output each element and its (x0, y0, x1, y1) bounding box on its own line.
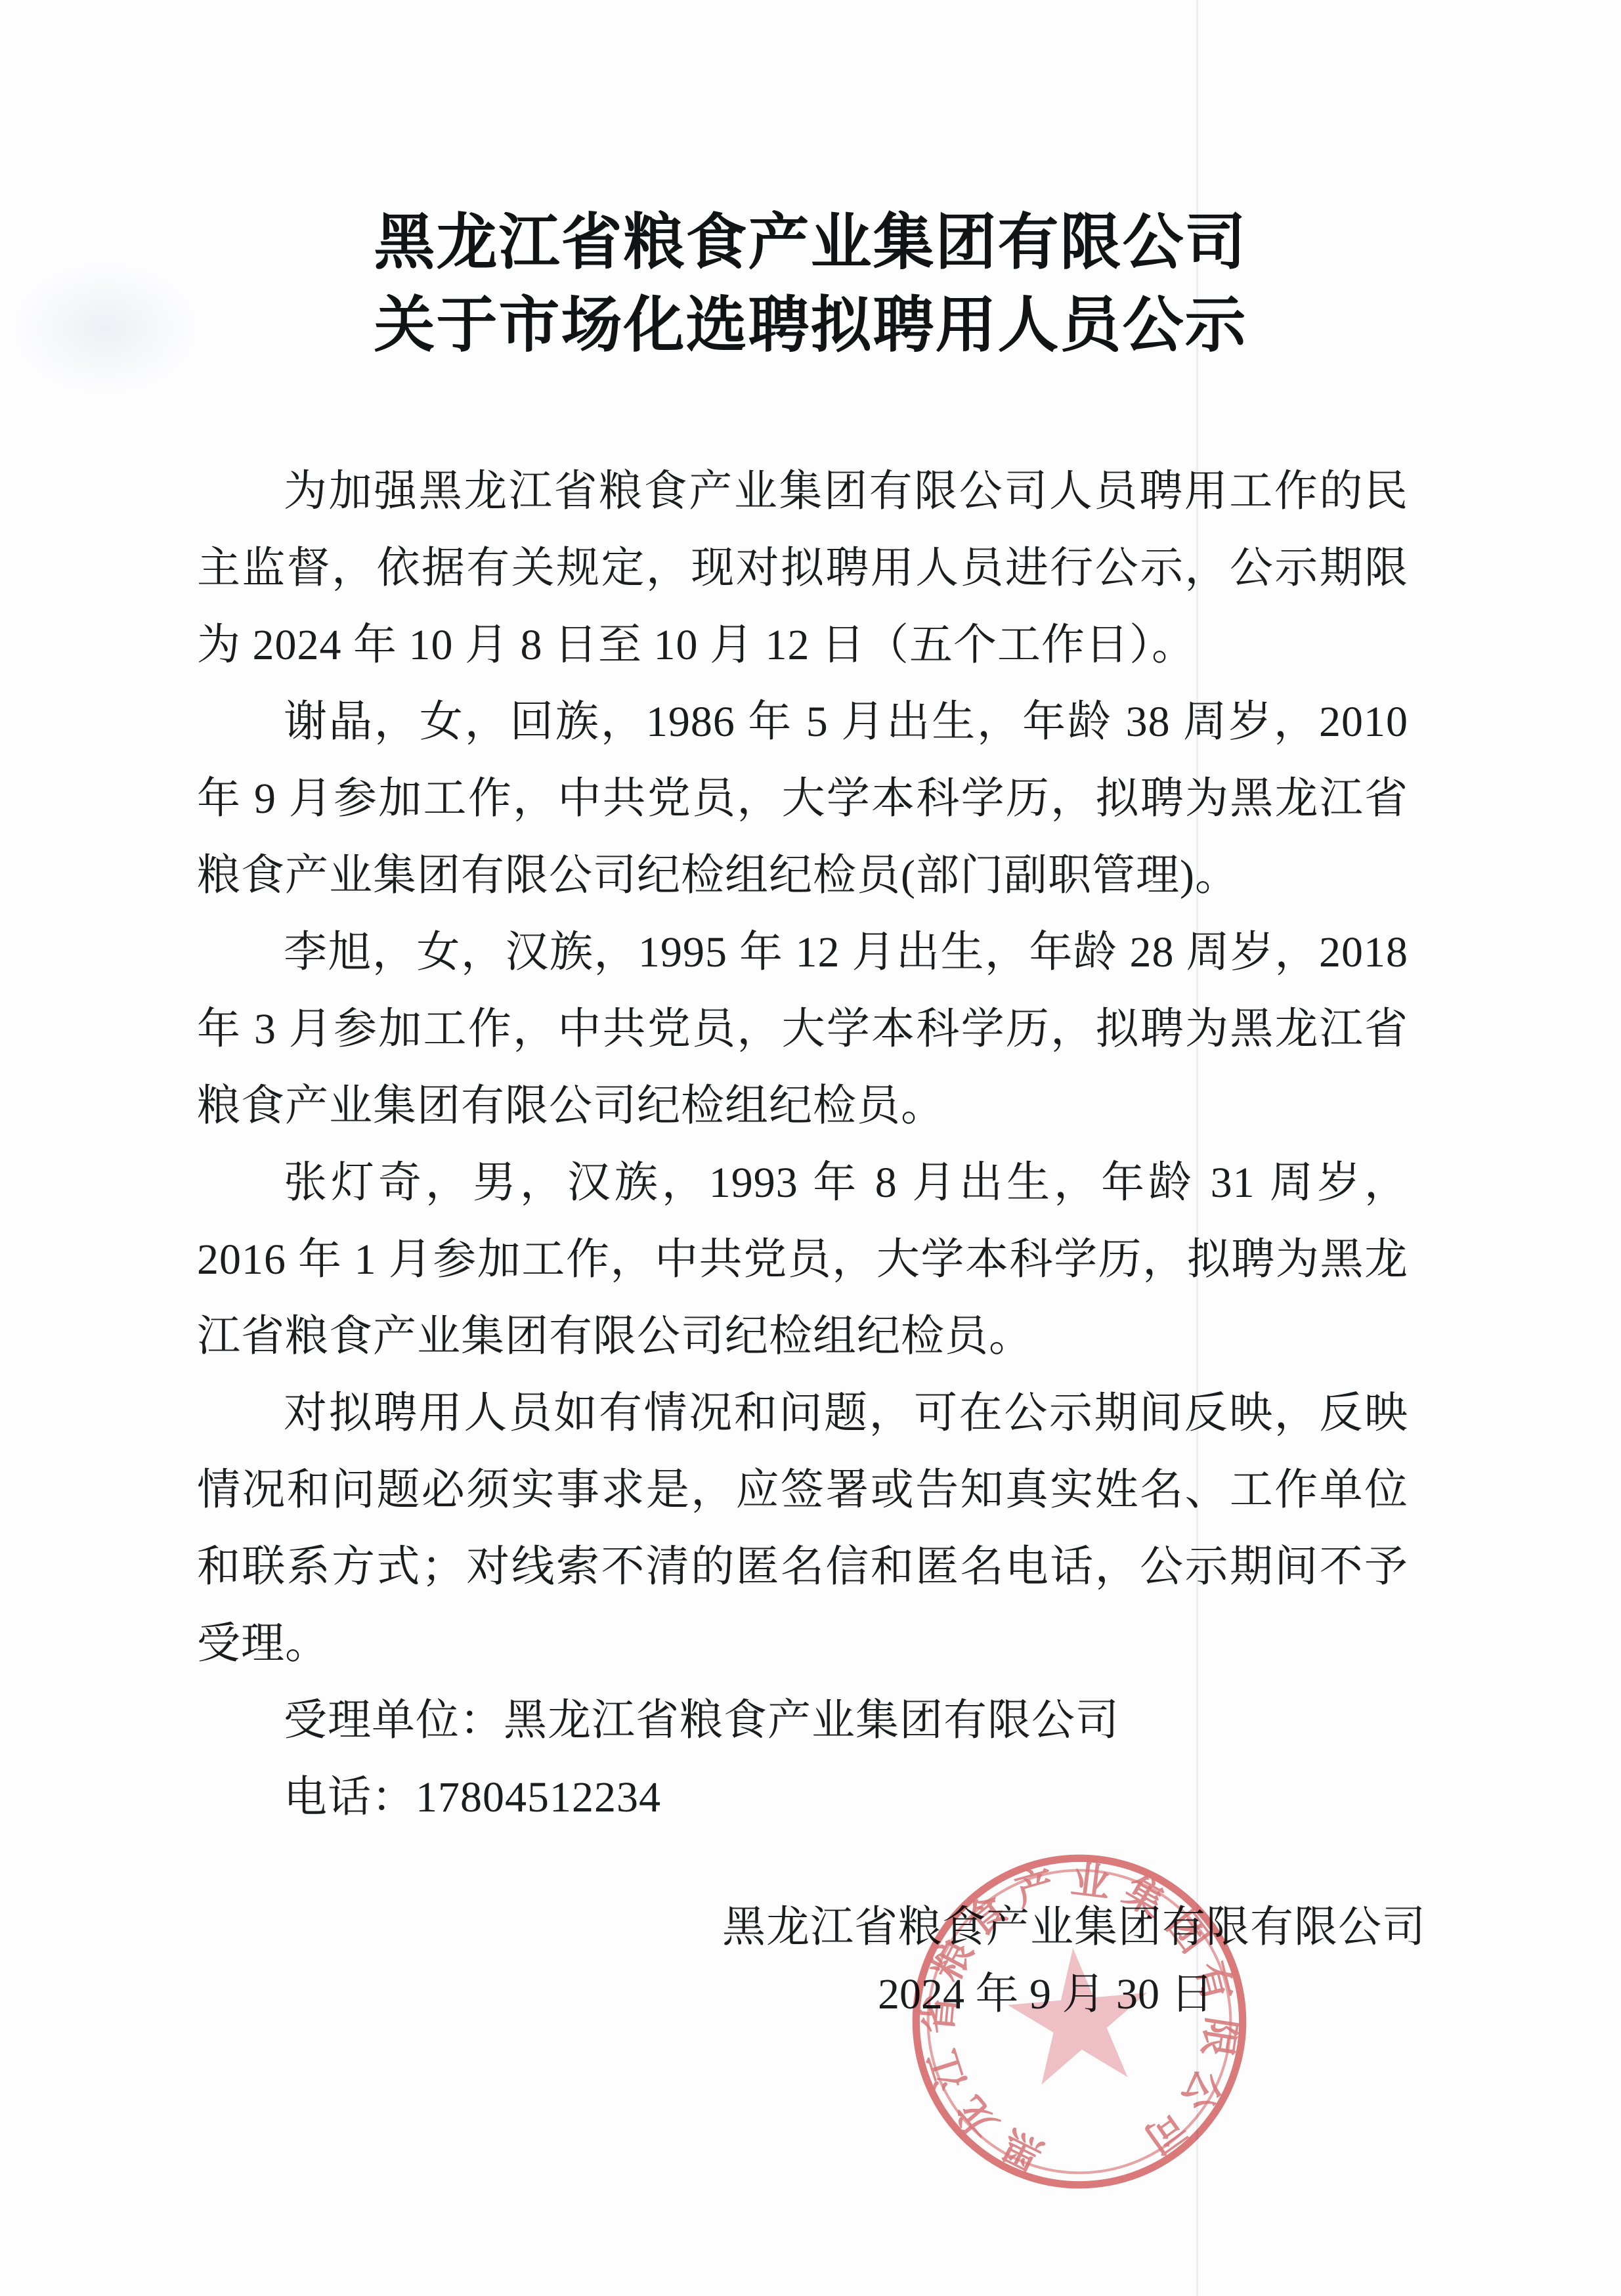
document-title-line1: 黑龙江省粮食产业集团有限公司 (0, 202, 1621, 285)
seal-star-icon (1003, 1942, 1154, 2087)
document-title: 黑龙江省粮食产业集团有限公司 关于市场化选聘拟聘用人员公示 (0, 202, 1621, 368)
paragraph-candidate-lixu: 李旭，女，汉族，1995 年 12 月出生，年龄 28 周岁，2018 年 3 … (197, 914, 1408, 1144)
paragraph-intro: 为加强黑龙江省粮食产业集团有限公司人员聘用工作的民主监督，依据有关规定，现对拟聘… (197, 453, 1408, 683)
acceptance-unit-line: 受理单位：黑龙江省粮食产业集团有限公司 (197, 1682, 1408, 1759)
paragraph-candidate-zhangdengqi: 张灯奇，男，汉族，1993 年 8 月出生，年龄 31 周岁，2016 年 1 … (197, 1144, 1408, 1375)
company-seal: 黑龙江省粮食产业集团有限公司 (891, 1833, 1268, 2210)
paragraph-feedback-rules: 对拟聘用人员如有情况和问题，可在公示期间反映，反映情况和问题必须实事求是，应签署… (197, 1375, 1408, 1682)
scanned-announcement-page: { "doc": { "title": { "line1": "黑龙江省粮食产业… (0, 0, 1621, 2296)
phone-line: 电话：17804512234 (197, 1759, 1408, 1836)
paragraph-candidate-xiejing: 谢晶，女，回族，1986 年 5 月出生，年龄 38 周岁，2010 年 9 月… (197, 683, 1408, 914)
document-title-line2: 关于市场化选聘拟聘用人员公示 (0, 285, 1621, 368)
